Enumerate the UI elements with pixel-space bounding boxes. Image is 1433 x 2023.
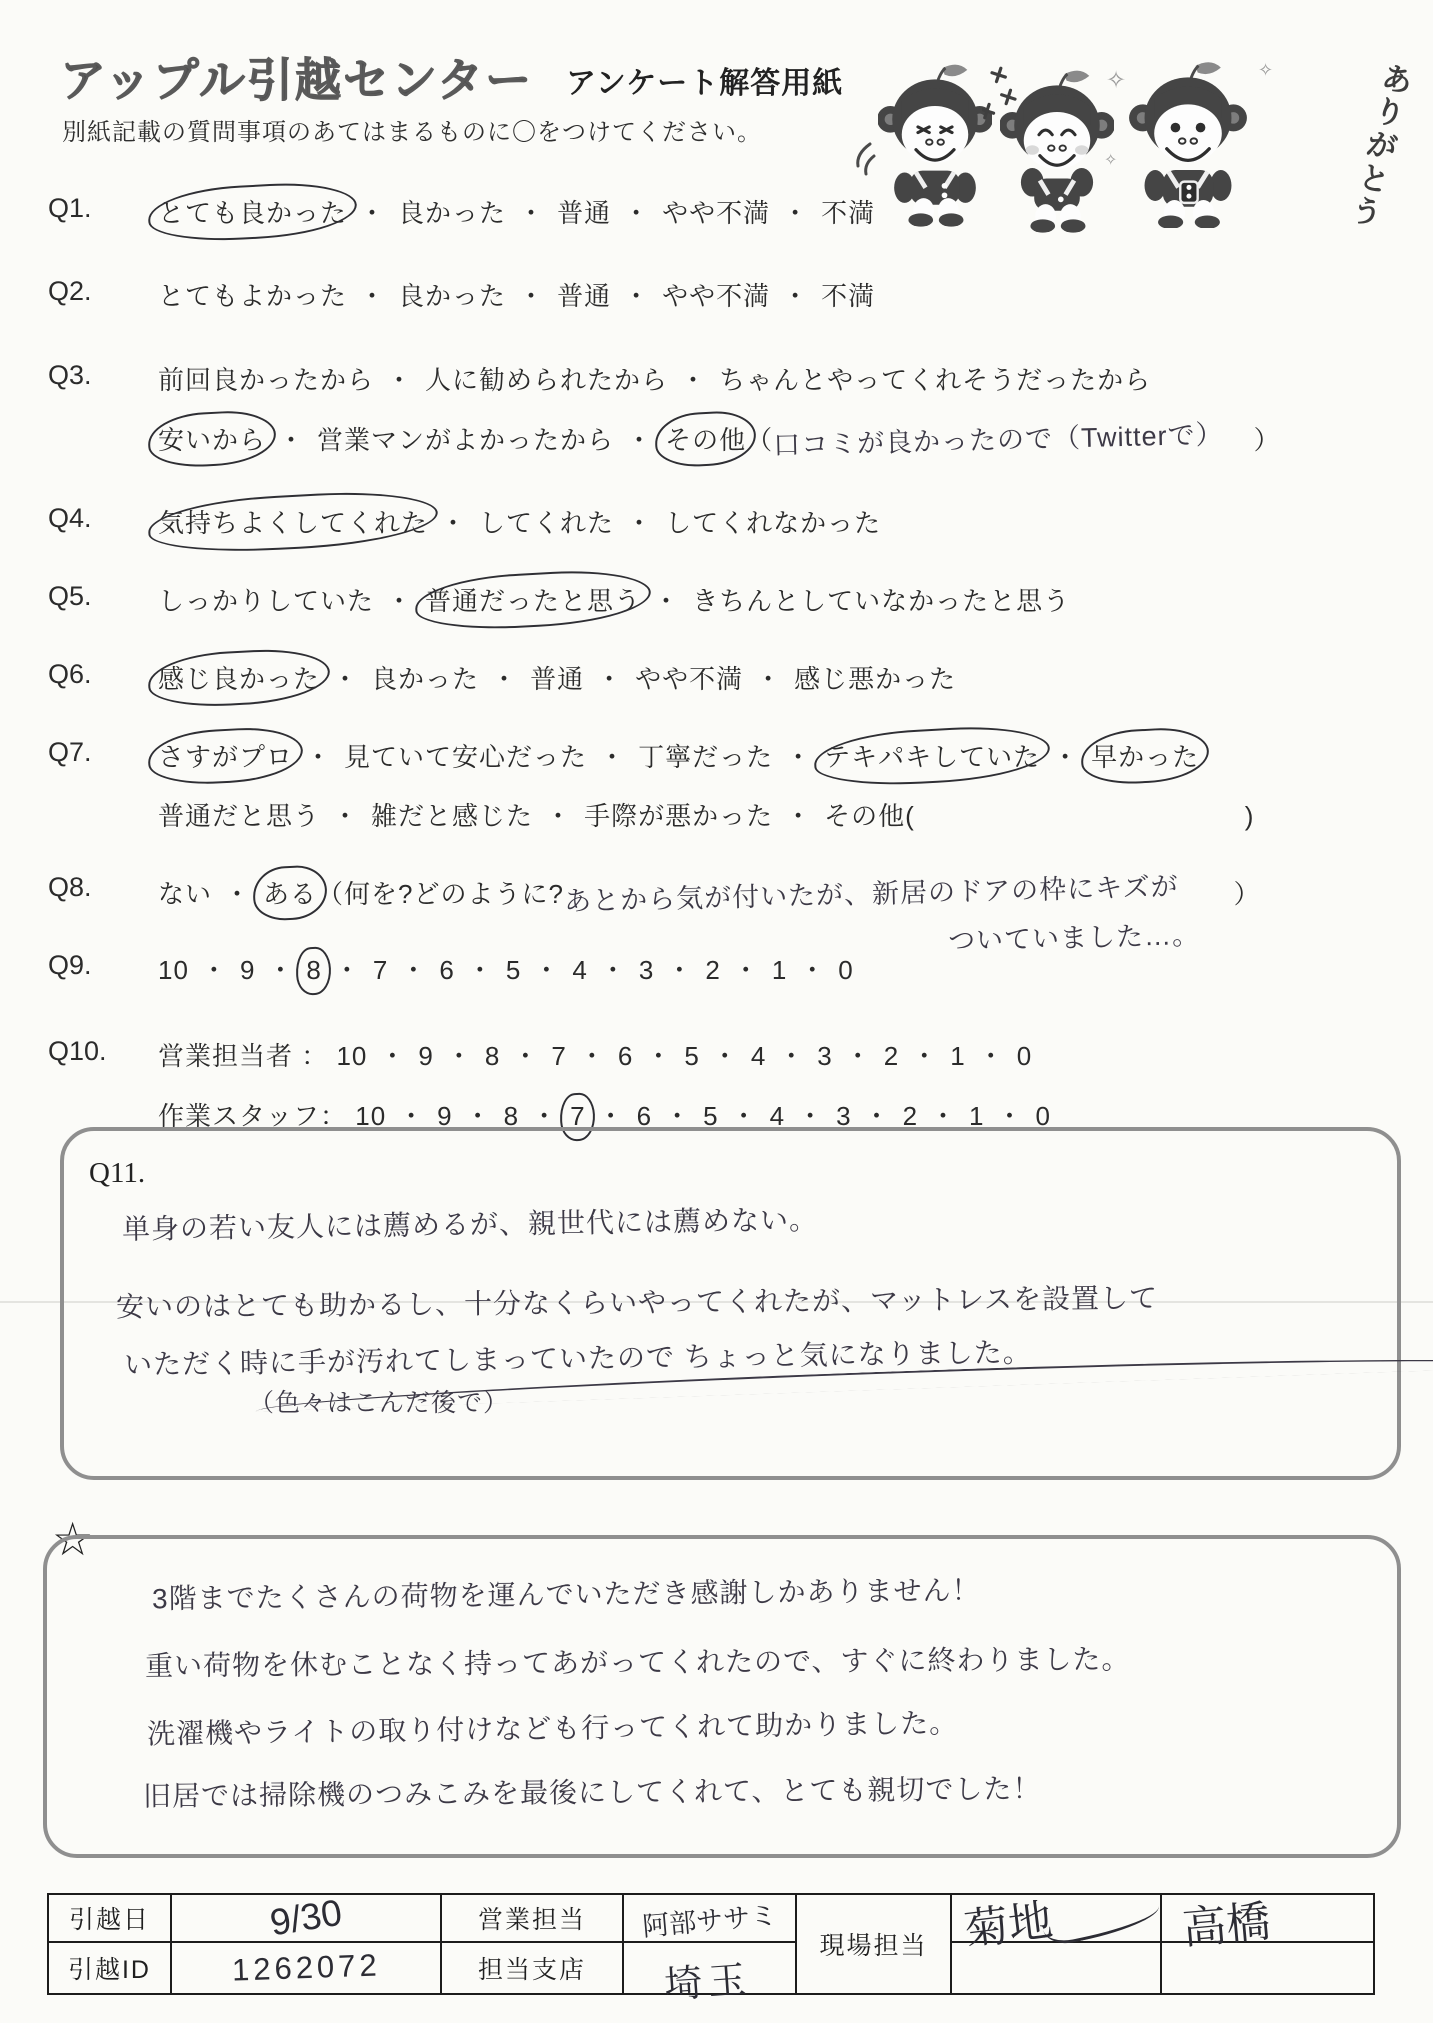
- answer-option: 2: [705, 955, 720, 986]
- question-line: Q2.とてもよかった・良かった・普通・やや不満・不満: [0, 276, 875, 313]
- printed-text: 営業担当者 ：: [158, 1041, 336, 1071]
- option-separator: ・: [596, 664, 623, 694]
- answer-option: 4: [751, 1041, 766, 1072]
- answer-option: してくれなかった: [665, 503, 881, 540]
- answer-option-circled: 普通だったと思う: [425, 581, 641, 618]
- answer-option: 5: [684, 1041, 699, 1072]
- answer-option-circled: 8: [306, 955, 321, 986]
- question-number: Q9.: [48, 950, 92, 981]
- handwritten-text: 9/30: [267, 1892, 345, 1945]
- brand-title: アップル引越センター: [60, 44, 533, 110]
- answer-option-circled: 気持ちよくしてくれた: [158, 503, 428, 540]
- answer-option: やや不満: [662, 276, 770, 313]
- answer-option-circled: ある: [263, 874, 317, 911]
- handwritten-text: 口コミが良かったので（Twitterで）: [773, 413, 1224, 463]
- answer-option: 10: [158, 955, 189, 986]
- option-separator: ・: [278, 425, 305, 455]
- moving-date-label: 引越日: [48, 1894, 171, 1942]
- motion-lines-icon: [848, 140, 878, 190]
- moving-date-value: 9/30: [171, 1894, 441, 1942]
- monkey-mascot-smiling-icon: [1128, 58, 1242, 226]
- question-line: Q1.とても良かった・良かった・普通・やや不満・不満: [0, 193, 875, 230]
- option-separator: ・: [512, 1041, 539, 1071]
- option-separator: ・: [467, 955, 494, 985]
- answer-option: 9: [418, 1041, 433, 1072]
- question-number: Q3.: [48, 360, 92, 391]
- answer-option: 7: [551, 1041, 566, 1072]
- handwritten-text: 阿部ササミ: [641, 1893, 779, 1944]
- option-separator: ・: [653, 586, 680, 616]
- answer-option: 3: [817, 1041, 832, 1072]
- option-separator: ・: [386, 586, 413, 616]
- option-separator: ・: [491, 664, 518, 694]
- option-separator: ・: [623, 198, 650, 228]
- question-line: Q9.10・9・8・7・6・5・4・3・2・1・0: [0, 950, 854, 987]
- question-number: Q2.: [48, 276, 92, 307]
- handwritten-text: ついていました…。: [948, 913, 1201, 958]
- option-separator: ・: [201, 955, 228, 985]
- answer-option: やや不満: [635, 659, 743, 696]
- option-separator: ・: [911, 1041, 938, 1071]
- answer-option: 6: [439, 955, 454, 986]
- option-separator: ・: [623, 281, 650, 311]
- answer-option: 1: [772, 955, 787, 986]
- option-separator: ・: [267, 955, 294, 985]
- option-separator: ・: [799, 955, 826, 985]
- answer-option: 2: [884, 1041, 899, 1072]
- question-number: Q10.: [48, 1036, 107, 1067]
- site-staff-signature-1: 菊地: [951, 1894, 1161, 1942]
- answer-option: 4: [572, 955, 587, 986]
- option-separator: ・: [1052, 742, 1079, 772]
- option-separator: ・: [305, 742, 332, 772]
- monkey-mascot-waving-icon: [878, 60, 992, 228]
- star-comment-box: 3階までたくさんの荷物を運んでいただき感謝しかありません！ 重い荷物を休むことな…: [43, 1535, 1401, 1858]
- option-separator: ・: [645, 1041, 672, 1071]
- answer-option: しっかりしていた: [158, 581, 374, 618]
- question-line: Q8.ない・ある（何を?どのように?あとから気が付いたが、新居のドアの枠にキズが…: [0, 872, 1261, 911]
- answer-option: 普通: [557, 276, 611, 313]
- printed-text: ): [1245, 801, 1255, 831]
- sparkle-icon: ✧: [1106, 66, 1126, 95]
- option-separator: ・: [400, 955, 427, 985]
- answer-option: 前回良かったから: [158, 360, 374, 397]
- branch-label: 担当支店: [441, 1942, 623, 1994]
- answer-option: してくれた: [479, 503, 614, 540]
- answer-option: 9: [240, 955, 255, 986]
- option-separator: ・: [599, 742, 626, 772]
- question-line: 普通だと思う・雑だと感じた・手際が悪かった・その他(): [0, 796, 1254, 833]
- option-separator: ・: [379, 1041, 406, 1071]
- option-separator: ・: [359, 198, 386, 228]
- option-separator: ・: [446, 1041, 473, 1071]
- question-number: Q4.: [48, 503, 92, 534]
- answer-option: 不満: [821, 193, 875, 230]
- answer-option: 0: [838, 955, 853, 986]
- handwritten-text: 洗濯機やライトの取り付けなども行ってくれて助かりました。: [147, 1701, 959, 1752]
- question-number: Q7.: [48, 737, 92, 768]
- answer-option-circled: とても良かった: [158, 193, 347, 230]
- handwritten-signature: 高橋: [1179, 1885, 1272, 1956]
- answer-option: 手際が悪かった: [584, 796, 773, 833]
- question-line: Q7.さすがプロ・見ていて安心だった・丁寧だった・テキパキしていた・早かった: [0, 737, 1199, 774]
- option-separator: ・: [518, 281, 545, 311]
- answer-option: 営業マンがよかったから: [317, 420, 614, 457]
- option-separator: ・: [440, 508, 467, 538]
- handwritten-text: 単身の若い友人には薦めるが、親世代には薦めない。: [122, 1198, 819, 1248]
- question-number: Q6.: [48, 659, 92, 690]
- thanks-note: ありがとう: [1329, 58, 1420, 273]
- option-separator: ・: [545, 801, 572, 831]
- moving-id-value: 1262072: [171, 1942, 441, 1994]
- option-separator: ・: [334, 955, 361, 985]
- answer-option-circled: 感じ良かった: [158, 659, 320, 696]
- handwritten-text: 埼玉: [662, 1948, 754, 2009]
- site-staff-signature-2: 高橋: [1161, 1894, 1374, 1942]
- answer-option: 良かった: [398, 276, 506, 313]
- answer-option: その他(: [824, 796, 915, 833]
- answer-option: ちゃんとやってくれそうだったから: [719, 360, 1151, 397]
- answer-option-circled: その他: [665, 420, 746, 457]
- answer-option: 見ていて安心だった: [344, 737, 587, 774]
- answer-option: 丁寧だった: [638, 737, 773, 774]
- answer-option-circled: テキパキしていた: [824, 737, 1040, 774]
- answer-option: 8: [485, 1041, 500, 1072]
- answer-option: とてもよかった: [158, 276, 347, 313]
- printed-text: ）: [1254, 425, 1281, 455]
- answer-option: きちんとしていなかったと思う: [692, 581, 1070, 618]
- answer-option: 良かった: [371, 659, 479, 696]
- question-number: Q1.: [48, 193, 92, 224]
- option-separator: ・: [518, 198, 545, 228]
- handwritten-text: 安いのはとても助かるし、十分なくらいやってくれたが、マットレスを設置して: [116, 1276, 1158, 1325]
- option-separator: ・: [785, 801, 812, 831]
- answer-option: やや不満: [662, 193, 770, 230]
- moving-id-label: 引越ID: [48, 1942, 171, 1994]
- sales-rep-label: 営業担当: [441, 1894, 623, 1942]
- answer-option: 0: [1017, 1041, 1032, 1072]
- option-separator: ・: [332, 664, 359, 694]
- printed-text: （何を?どのように?: [317, 879, 564, 909]
- option-separator: ・: [785, 742, 812, 772]
- answer-option: 普通だと思う: [158, 796, 320, 833]
- answer-option: 6: [618, 1041, 633, 1072]
- sparkle-icon: ✧: [1104, 150, 1117, 170]
- q11-label: Q11.: [89, 1157, 145, 1190]
- option-separator: ・: [680, 365, 707, 395]
- option-separator: ・: [845, 1041, 872, 1071]
- option-separator: ・: [600, 955, 627, 985]
- answer-option: 5: [506, 955, 521, 986]
- option-separator: ・: [666, 955, 693, 985]
- answer-option: 10: [336, 1041, 367, 1072]
- question-number: Q8.: [48, 872, 92, 903]
- footer-info-table: 引越日 9/30 営業担当 阿部ササミ 現場担当 菊地 高橋 引越ID 1262…: [47, 1893, 1375, 1995]
- answer-option-circled: さすがプロ: [158, 737, 293, 774]
- question-line: Q10.営業担当者 ： 10・9・8・7・6・5・4・3・2・1・0: [0, 1036, 1032, 1073]
- q11-comment-box: Q11. 単身の若い友人には薦めるが、親世代には薦めない。 安いのはとても助かる…: [60, 1127, 1401, 1480]
- option-separator: ・: [332, 801, 359, 831]
- questionnaire-page: アップル引越センター アンケート解答用紙 別紙記載の質問事項のあてはまるものに〇…: [0, 0, 1433, 2023]
- handwritten-annotation: （色々はこんだ後で）: [249, 1383, 1433, 1419]
- sales-rep-value: 阿部ササミ: [623, 1894, 796, 1942]
- form-title: アンケート解答用紙: [566, 58, 843, 102]
- option-separator: ・: [224, 879, 251, 909]
- option-separator: ・: [782, 281, 809, 311]
- question-line: Q3.前回良かったから・人に勧められたから・ちゃんとやってくれそうだったから: [0, 360, 1151, 397]
- handwritten-text: 1262072: [231, 1947, 381, 1988]
- option-separator: ・: [533, 955, 560, 985]
- answer-option: 雑だと感じた: [371, 796, 533, 833]
- answer-option: 感じ悪かった: [794, 659, 956, 696]
- answer-option: ない: [158, 874, 212, 911]
- answer-option: 1: [950, 1041, 965, 1072]
- answer-option: 人に勧められたから: [425, 360, 668, 397]
- option-separator: ・: [386, 365, 413, 395]
- option-separator: ・: [733, 955, 760, 985]
- option-separator: ・: [755, 664, 782, 694]
- option-separator: ・: [626, 425, 653, 455]
- site-staff-label: 現場担当: [796, 1894, 951, 1994]
- question-line: 安いから・営業マンがよかったから・その他（口コミが良かったので（Twitterで…: [0, 418, 1281, 457]
- sparkle-icon: ✧: [1258, 60, 1273, 81]
- question-line: Q4.気持ちよくしてくれた・してくれた・してくれなかった: [0, 503, 881, 540]
- handwritten-text: あとから気が付いたが、新居のドアの枠にキズが: [564, 864, 1179, 918]
- option-separator: ・: [359, 281, 386, 311]
- option-separator: ・: [579, 1041, 606, 1071]
- question-line: Q6.感じ良かった・良かった・普通・やや不満・感じ悪かった: [0, 659, 956, 696]
- question-line: Q5.しっかりしていた・普通だったと思う・きちんとしていなかったと思う: [0, 581, 1070, 618]
- option-separator: ・: [712, 1041, 739, 1071]
- instruction-text: 別紙記載の質問事項のあてはまるものに〇をつけてください。: [62, 112, 762, 147]
- option-separator: ・: [978, 1041, 1005, 1071]
- answer-option-circled: 安いから: [158, 420, 266, 457]
- answer-option: 7: [373, 955, 388, 986]
- question-number: Q5.: [48, 581, 92, 612]
- answer-option: 良かった: [398, 193, 506, 230]
- monkey-mascot-clapping-icon: [1000, 66, 1114, 234]
- answer-option-circled: 早かった: [1091, 737, 1199, 774]
- branch-value: 埼玉: [623, 1942, 796, 1994]
- answer-option: 不満: [821, 276, 875, 313]
- option-separator: ・: [778, 1041, 805, 1071]
- option-separator: ・: [626, 508, 653, 538]
- answer-option: 普通: [530, 659, 584, 696]
- handwritten-signature: 菊地: [960, 1884, 1055, 1958]
- handwritten-text: 旧居では掃除機のつみこみを最後にしてくれて、とても親切でした！: [143, 1767, 1042, 1815]
- option-separator: ・: [782, 198, 809, 228]
- printed-text: ）: [1234, 879, 1261, 909]
- handwritten-text: 3階までたくさんの荷物を運んでいただき感謝しかありません！: [152, 1569, 981, 1618]
- answer-option: 普通: [557, 193, 611, 230]
- handwritten-text: 重い荷物を休むことなく持ってあがってくれたので、すぐに終わりました。: [145, 1638, 1131, 1685]
- answer-option: 3: [639, 955, 654, 986]
- printed-text: （: [746, 425, 773, 455]
